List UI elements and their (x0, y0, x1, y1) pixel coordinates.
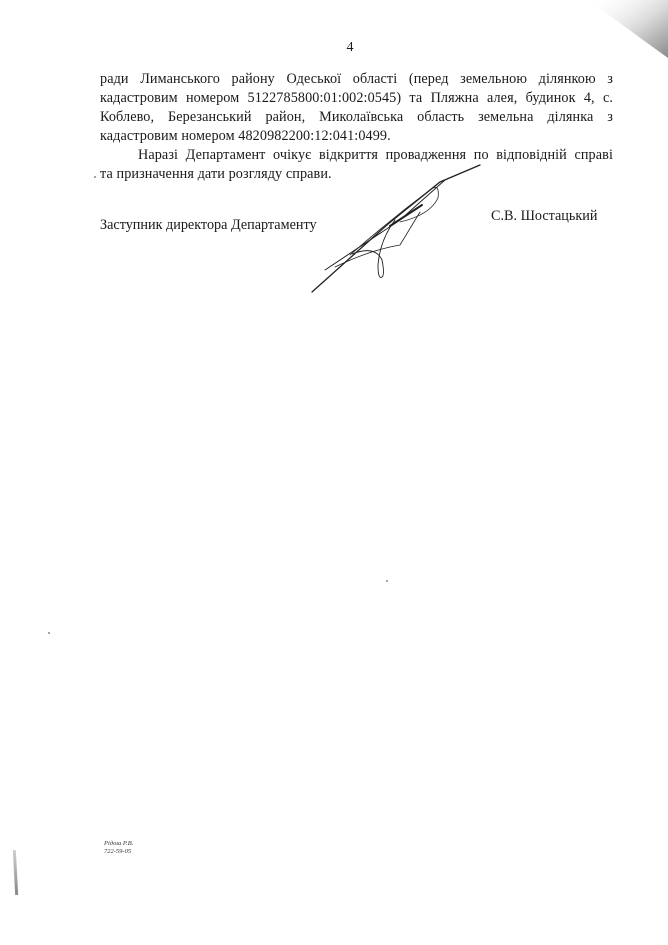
scan-edge-mark (13, 850, 18, 895)
scan-speck (386, 580, 388, 582)
executor-note: Рідош Р.В. 722-59-05 (104, 840, 133, 856)
scan-speck (94, 176, 96, 178)
executor-phone: 722-59-05 (104, 848, 133, 856)
paragraph-addresses: ради Лиманського району Одеської області… (100, 70, 613, 146)
signatory-name: С.В. Шостацький (491, 208, 597, 225)
scan-speck (48, 632, 50, 634)
text-line: кадастровим номером 5122785800:01:002:05… (100, 89, 613, 108)
executor-name: Рідош Р.В. (104, 840, 133, 848)
text-line: Коблево, Березанський район, Миколаївськ… (100, 108, 613, 127)
handwritten-signature (290, 160, 490, 300)
signatory-title: Заступник директора Департаменту (100, 217, 317, 234)
text-line: кадастровим номером 4820982200:12:041:04… (100, 127, 613, 146)
page-number: 4 (0, 40, 668, 56)
text-line: ради Лиманського району Одеської області… (100, 70, 613, 89)
